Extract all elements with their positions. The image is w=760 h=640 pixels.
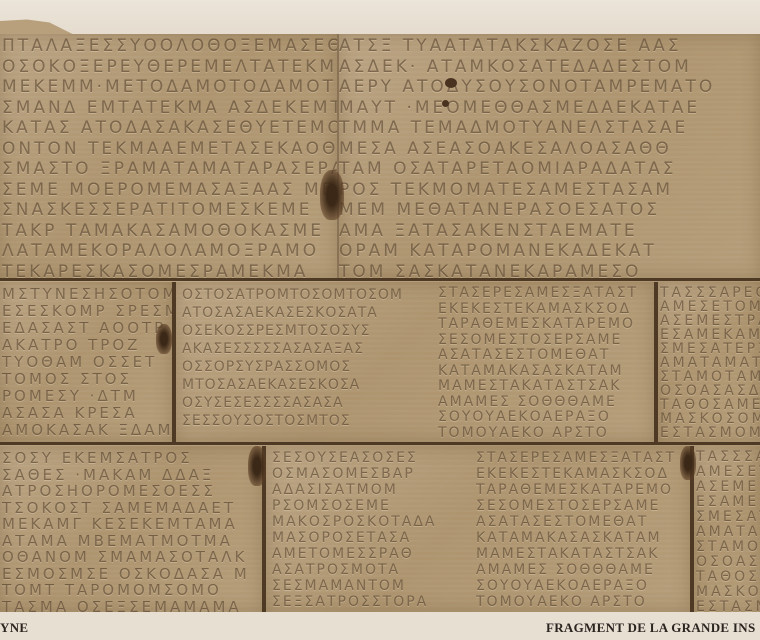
inscription-text: ΠΤΑΛΑΞΕΣΣΥΟΟΛΟΘΟΞΕΜΑΣΕΘΥΕ ΟΣΟΚΟΞΕΡΕΥΘΕΡΕ…: [2, 36, 337, 278]
inscription-text: ΣΤΑΣΕΡΕΣΑΜΕΣΞΑΤΑΣΤ ΕΚΕΚΕΣΤΕΚΑΜΑΣΚΣΟΔ ΤΑΡ…: [476, 450, 690, 612]
caption-location: YNE: [0, 620, 28, 636]
inscription-text: ΤΑΣΣΣΑΡΕΟΟΝΕ ΑΜΕΣΕΤΟΜΜΕ ΑΣΕΜΕΣΤΡΑΜ ΕΣΑΜΕ…: [660, 286, 760, 442]
mortar-joint: [172, 282, 176, 442]
stone-block-bottom-center: ΣΕΣΟΥΣΕΑΣΟΣΕΣ ΟΣΜΑΣΟΜΕΣΒΑΡ ΑΔΑΣΙΣΑΤΜΟΜ Ρ…: [266, 446, 690, 612]
photo-caption: YNE FRAGMENT DE LA GRANDE INS: [0, 612, 760, 640]
stone-wall: ΠΤΑΛΑΞΕΣΣΥΟΟΛΟΘΟΞΕΜΑΣΕΘΥΕ ΟΣΟΚΟΞΕΡΕΥΘΕΡΕ…: [0, 34, 760, 612]
inscription-photograph: ΠΤΑΛΑΞΕΣΣΥΟΟΛΟΘΟΞΕΜΑΣΕΘΥΕ ΟΣΟΚΟΞΕΡΕΥΘΕΡΕ…: [0, 0, 760, 612]
stone-block-top-right: ΑΤΣΞ ΤΥΑΑΤΑΤΑΚΣΚΑΖΟΣΕ ΑΑΣ ΑΣΔΕΚ· ΑΤΑΜΚΟΣ…: [339, 34, 760, 278]
stone-block-top-left: ΠΤΑΛΑΞΕΣΣΥΟΟΛΟΘΟΞΕΜΑΣΕΘΥΕ ΟΣΟΚΟΞΕΡΕΥΘΕΡΕ…: [0, 34, 337, 278]
stone-damage: [248, 446, 266, 486]
inscription-text: ΤΑΣΣΣΑΡΕΟΟΝΕ ΑΜΕΣΕΤΟΜΜΕ ΑΣΕΜΕΣΤΡΑΜ ΕΣΑΜΕ…: [696, 450, 760, 612]
stone-damage: [442, 100, 449, 107]
mortar-joint: [337, 34, 339, 278]
stone-block-mid-right: ΤΑΣΣΣΑΡΕΟΟΝΕ ΑΜΕΣΕΤΟΜΜΕ ΑΣΕΜΕΣΤΡΑΜ ΕΣΑΜΕ…: [658, 282, 760, 442]
stone-block-mid-left: ΜΣΤΥΝΕΣΗΣΟΤΟΜ ΕΣΕΣΚΟΜΡ ΣΡΕΣΜ ΕΔΑΣΑΣΤ ΑΟΟ…: [0, 282, 172, 442]
mortar-joint: [0, 278, 760, 281]
mortar-joint: [654, 282, 658, 442]
stone-block-mid-center: ΟΣΤΟΣΑΤΡΟΜΤΟΣΟΜΤΟΣΟΜ ΑΤΟΣΑΣΑΕΚΑΣΕΣΚΟΣΑΤΑ…: [176, 282, 654, 442]
inscription-text: ΑΤΣΞ ΤΥΑΑΤΑΤΑΚΣΚΑΖΟΣΕ ΑΑΣ ΑΣΔΕΚ· ΑΤΑΜΚΟΣ…: [339, 36, 760, 278]
inscription-text: ΣΟΣΥ ΕΚΕΜΣΑΤΡΟΣ ΣΑΘΕΣ ·ΜΑΚΑΜ ΔΔΑΞ ΑΤΡΟΣΗ…: [2, 450, 262, 612]
stone-damage: [680, 446, 696, 480]
inscription-text: ΣΤΑΣΕΡΕΣΑΜΕΣΞΑΤΑΣΤ ΕΚΕΚΕΣΤΕΚΑΜΑΣΚΣΟΔ ΤΑΡ…: [438, 286, 654, 442]
stone-block-bottom-right: ΤΑΣΣΣΑΡΕΟΟΝΕ ΑΜΕΣΕΤΟΜΜΕ ΑΣΕΜΕΣΤΡΑΜ ΕΣΑΜΕ…: [694, 446, 760, 612]
inscription-text: ΟΣΤΟΣΑΤΡΟΜΤΟΣΟΜΤΟΣΟΜ ΑΤΟΣΑΣΑΕΚΑΣΕΣΚΟΣΑΤΑ…: [182, 286, 432, 442]
stone-damage: [156, 324, 172, 354]
stone-block-bottom-left: ΣΟΣΥ ΕΚΕΜΣΑΤΡΟΣ ΣΑΘΕΣ ·ΜΑΚΑΜ ΔΔΑΞ ΑΤΡΟΣΗ…: [0, 446, 262, 612]
mortar-joint: [0, 442, 760, 445]
stone-damage: [320, 170, 344, 220]
inscription-text: ΣΕΣΟΥΣΕΑΣΟΣΕΣ ΟΣΜΑΣΟΜΕΣΒΑΡ ΑΔΑΣΙΣΑΤΜΟΜ Ρ…: [272, 450, 472, 612]
caption-title: FRAGMENT DE LA GRANDE INS: [546, 620, 756, 636]
inscription-text: ΜΣΤΥΝΕΣΗΣΟΤΟΜ ΕΣΕΣΚΟΜΡ ΣΡΕΣΜ ΕΔΑΣΑΣΤ ΑΟΟ…: [2, 286, 172, 442]
stone-damage: [445, 78, 457, 88]
